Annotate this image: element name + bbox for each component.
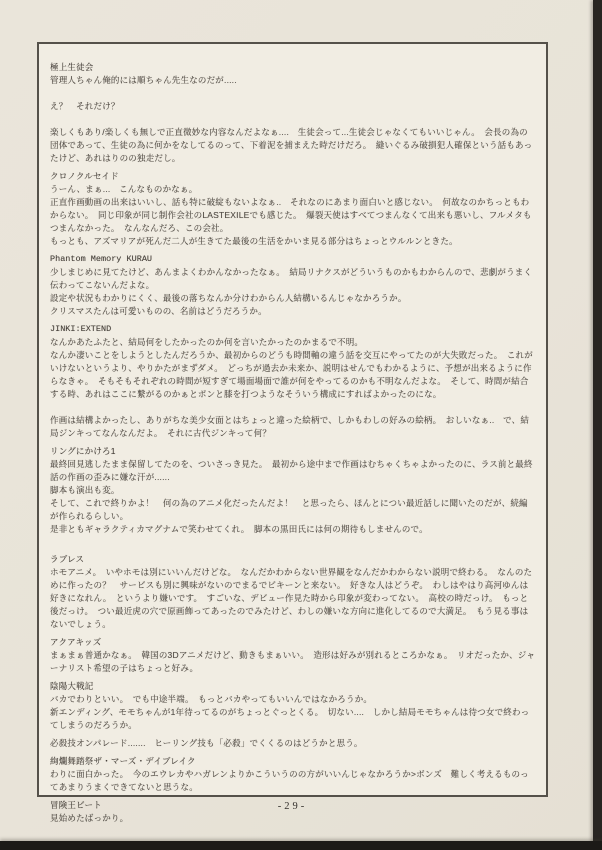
section-title: 陰陽大戦記	[50, 680, 536, 693]
section-title: 絢爛舞踏祭ザ・マーズ・デイブレイク	[50, 755, 536, 768]
review-paragraph: なんかあたふたと、結局何をしたかったのか何を言いたかったのかまるで不明。	[50, 336, 536, 349]
section-title: ラブレス	[50, 553, 536, 566]
review-paragraph: 設定や状況もわかりにくく、最後の落ちなんか分けわからん人結構いるんじゃなかろうか…	[50, 292, 536, 305]
review-paragraph: うーん、まぁ... こんなものかなぁ。	[50, 183, 536, 196]
review-section-ring-ni-kakero: リングにかけろ1 最終回見逃したまま保留してたのを、ついさっき見た。 最初から途…	[50, 445, 536, 536]
section-title: リングにかけろ1	[50, 445, 536, 458]
review-section-mars-daybreak: 絢爛舞踏祭ザ・マーズ・デイブレイク わりに面白かった。 今のエウレカやハガレンよ…	[50, 755, 536, 794]
review-paragraph: 正直作画動画の出来はいいし、話も特に破綻もないよなぁ.. それなのにあまり面白い…	[50, 196, 536, 235]
review-paragraph: もっとも、アズマリアが死んだ二人が生きてた最後の生活をかいま見る部分はちょっとウ…	[50, 235, 536, 248]
scanned-page-background: 極上生徒会 管理人ちゃん俺的には順ちゃん先生なのだが..... え？ それだけ？…	[0, 0, 602, 850]
scan-edge-right	[593, 0, 602, 850]
review-section-gokujou-seitokai: 極上生徒会 管理人ちゃん俺的には順ちゃん先生なのだが..... え？ それだけ？…	[50, 61, 536, 165]
review-paragraph: 作画は結構よかったし、ありがちな美少女面とはちょっと違った絵柄で、しかもわしの好…	[50, 414, 536, 440]
section-title: クロノクルセイド	[50, 170, 536, 183]
review-paragraph: え？ それだけ？	[50, 100, 536, 113]
scan-edge-bottom	[0, 841, 602, 850]
review-paragraph: まぁまぁ普通かなぁ。 韓国の3Dアニメだけど、動きもまぁいい。 造形は好みが別れ…	[50, 649, 536, 675]
review-paragraph: ホモアニメ。 いやホモは別にいいんだけどな。 なんだかわからない世界観をなんだか…	[50, 566, 536, 631]
review-paragraph: 新エンディング、モモちゃんが1年待ってるのがちょっとぐっとくる。 切ない....…	[50, 706, 536, 732]
review-section-jinki-extend: JINKI:EXTEND なんかあたふたと、結局何をしたかったのか何を言いたかっ…	[50, 323, 536, 440]
review-paragraph: 楽しくもあり/楽しくも無しで正直微妙な内容なんだよなぁ.... 生徒会って...…	[50, 126, 536, 165]
section-title: 極上生徒会	[50, 61, 536, 74]
review-paragraph: そして、これで終りかよ！ 何の為のアニメ化だったんだよ！ と思ったら、ほんとにつ…	[50, 497, 536, 523]
review-paragraph: 最終回見逃したまま保留してたのを、ついさっき見た。 最初から途中まで作画はむちゃ…	[50, 458, 536, 484]
review-section-chrono-crusade: クロノクルセイド うーん、まぁ... こんなものかなぁ。 正直作画動画の出来はい…	[50, 170, 536, 248]
section-title: アクアキッズ	[50, 636, 536, 649]
review-paragraph: 是非ともギャラクティカマグナムで笑わせてくれ。 脚本の黒田氏には何の期待もしませ…	[50, 523, 536, 536]
page-number: -29-	[37, 801, 548, 812]
review-paragraph: 見始めたばっかり。	[50, 812, 536, 825]
review-note-hissatsuwaza: 必殺技オンパレード....... ヒーリング技も「必殺」でくくるのはどうかと思う…	[50, 737, 536, 750]
page-frame: 極上生徒会 管理人ちゃん俺的には順ちゃん先生なのだが..... え？ それだけ？…	[37, 42, 548, 797]
review-paragraph: わりに面白かった。 今のエウレカやハガレンよりかこういうのの方がいいんじゃなかろ…	[50, 768, 536, 794]
review-section-kurau: Phantom Memory KURAU 少しまじめに見てたけど、あんまよくわか…	[50, 253, 536, 318]
review-paragraph: バカでわりといい。 でも中途半端。 もっとバカやってもいいんではなかろうか。	[50, 693, 536, 706]
review-paragraph: クリスマスたんは可愛いものの、名前はどうだろうか。	[50, 305, 536, 318]
review-section-loveless: ラブレス ホモアニメ。 いやホモは別にいいんだけどな。 なんだかわからない世界観…	[50, 553, 536, 631]
section-title: JINKI:EXTEND	[50, 323, 536, 336]
review-paragraph: なんか凄いことをしようとしたんだろうか、最初からのどうも時間軸の違う話を交互にや…	[50, 349, 536, 401]
review-paragraph: 管理人ちゃん俺的には順ちゃん先生なのだが.....	[50, 74, 536, 87]
review-section-onmyou-taisenki: 陰陽大戦記 バカでわりといい。 でも中途半端。 もっとバカやってもいいんではなか…	[50, 680, 536, 732]
review-paragraph: 少しまじめに見てたけど、あんまよくわかんなかったなぁ。 結局リナクスがどういうも…	[50, 266, 536, 292]
review-paragraph: 脚本も演出も変。	[50, 484, 536, 497]
section-title: Phantom Memory KURAU	[50, 253, 536, 266]
review-paragraph: 必殺技オンパレード....... ヒーリング技も「必殺」でくくるのはどうかと思う…	[50, 737, 536, 750]
review-section-aqua-kids: アクアキッズ まぁまぁ普通かなぁ。 韓国の3Dアニメだけど、動きもまぁいい。 造…	[50, 636, 536, 675]
